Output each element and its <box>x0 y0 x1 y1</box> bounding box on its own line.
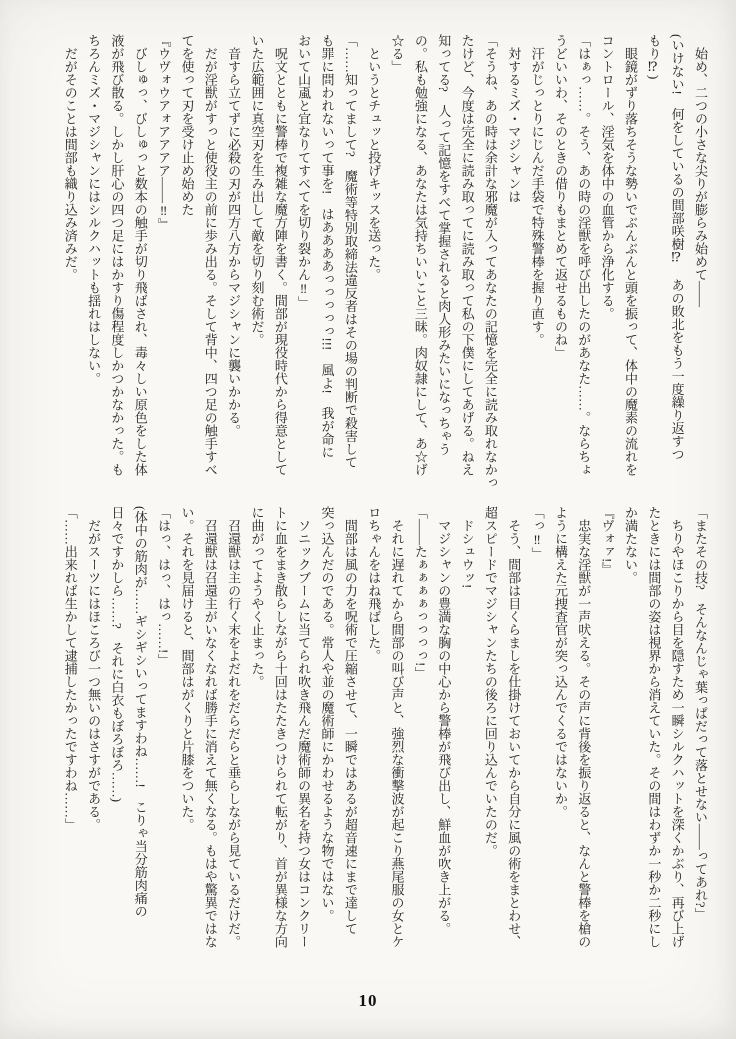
text-block-top: 始め、二つの小さな尖りが膨らみ始めて――(いけない! 何をしているの間部咲樹⁉ … <box>58 34 712 492</box>
text-line: に曲がってようやく止まった。 <box>245 506 268 964</box>
text-line: の。私も勉強になる、あなたは気持ちいいこと三昧。肉奴隷にして、あ☆げ <box>409 34 432 492</box>
text-block-bottom: 「またその技? そんなんじゃ葉っぱだって落とせない――ってあれ?」 ちりやほこり… <box>58 506 712 964</box>
text-line: 『ヴォァ!』 <box>595 506 618 964</box>
text-line: 「……知ってまして? 魔術等特別取締法違反者はその場の判断で殺害して <box>339 34 362 492</box>
text-line: ソニックブームに当てられ吹き飛んだ魔術師の異名を持つ女はコンクリー <box>292 506 315 964</box>
text-line: (体中の筋肉が……ギシギシいってますわね……! こりゃ当分筋肉痛の <box>128 506 151 964</box>
text-line: 「そうね、あの時は余計な邪魔が入ってあなたの記憶を完全に読み取れなかっ <box>479 34 502 492</box>
text-line: てを使って刃を受け止め始めた <box>175 34 198 492</box>
text-line: 間部は風の力を呪術で圧縮させて、一瞬ではあるが超音速にまで達して <box>339 506 362 964</box>
page: 始め、二つの小さな尖りが膨らみ始めて――(いけない! 何をしているの間部咲樹⁉ … <box>0 0 736 1039</box>
text-line: 音すら立てずに必殺の刃が四方八方からマジシャンに襲いかかる。 <box>222 34 245 492</box>
text-line: 眼鏡がずり落ちそうな勢いでぶんぶんと頭を振って、体中の魔素の流れを <box>619 34 642 492</box>
text-line: 「はぁっ……。そう、あの時の淫獣を呼び出したのがあなた……。ならちょ <box>572 34 595 492</box>
text-line: たけど、今度は完全に読み取ってに読み取って私の下僕にしてあげる。ねえ <box>455 34 478 492</box>
text-line: もり⁉) <box>642 34 665 492</box>
text-line: ちろんミズ・マジシャンにはシルクハットも揺れはしない。 <box>82 34 105 492</box>
text-line: びしゅっ、びしゅっと数本の触手が切り飛ばされ、毒々しい原色をした体 <box>128 34 151 492</box>
text-line: 召還獣は主の行く末をよだれをだらだらと垂らしながら見ているだけだ。 <box>222 506 245 964</box>
text-line: 「はっ、はっ、はっ……!」 <box>152 506 175 964</box>
text-line: 「っ‼」 <box>525 506 548 964</box>
text-line: コントロール、淫気を体中の血管から浄化する。 <box>595 34 618 492</box>
text-line: それに遅れてから間部の叫び声と、強烈な衝撃波が起こり燕尾服の女とケ <box>385 506 408 964</box>
text-line: マジシャンの豊満な胸の中心から警棒が飛び出し、鮮血が吹き上がる。 <box>432 506 455 964</box>
text-line: ドシュウッ! <box>455 506 478 964</box>
text-line: 「またその技? そんなんじゃ葉っぱだって落とせない――ってあれ?」 <box>689 506 712 964</box>
text-line: も罪に問われないって事を! はああああっっっっっ!!! 風よ! 我が命に <box>315 34 338 492</box>
text-line: (いけない! 何をしているの間部咲樹⁉ あの敗北をもう一度繰り返すつ <box>665 34 688 492</box>
text-line: 『ウヴォウアォアアアア――‼』 <box>152 34 175 492</box>
text-line: 「……出来れば生かして逮捕したかったですわね……」 <box>58 506 81 964</box>
text-line: たときには間部の姿は視界から消えていた。その間はわずか一秒か二秒にし <box>642 506 665 964</box>
text-line: うどいいわ、そのときの借りもまとめて返せるものね」 <box>549 34 572 492</box>
page-number: 10 <box>0 991 736 1011</box>
text-line: ロちゃんをはね飛ばした。 <box>362 506 385 964</box>
text-line: ように構えた元捜査官が突っ込んでくるではないか。 <box>549 506 572 964</box>
text-line: 「――たぁぁぁぁっっっっ!」 <box>409 506 432 964</box>
text-line: 忠実な淫獣が一声吠える。その声に背後を振り返ると、なんと警棒を槍の <box>572 506 595 964</box>
text-line: おいて山颪と宜なりてすべてを切り裂かん‼」 <box>292 34 315 492</box>
text-line: い。それを見届けると、間部はがくりと片膝をついた。 <box>175 506 198 964</box>
text-line: 召還獣は召還主がいなくなれば勝手に消えて無くなる。もはや驚異ではな <box>198 506 221 964</box>
text-line: ちりやほこりから目を隠すため一瞬シルクハットを深くかぶり、再び上げ <box>665 506 688 964</box>
text-line: 始め、二つの小さな尖りが膨らみ始めて―― <box>689 34 712 492</box>
text-line: そう、間部は目くらましを仕掛けておいてから自分に風の術をまとわせ、 <box>502 506 525 964</box>
text-line: 日々ですかしら……? それに白衣もぼろぼろ……) <box>105 506 128 964</box>
text-line: だがスーツにはほころび一つ無いのはさすがである。 <box>82 506 105 964</box>
text-line: 対するミズ・マジシャンは <box>502 34 525 492</box>
text-line: トに血をまき散らしながら十回はたたきつけられて転がり、首が異様な方向 <box>268 506 291 964</box>
text-line: 突っ込んだのである。常人や並の魔術師にかわせるような物ではない。 <box>315 506 338 964</box>
text-line: だがそのことは間部も織り込み済みだ。 <box>58 34 81 492</box>
text-line: か満たない。 <box>619 506 642 964</box>
text-line: 液が飛び散る。しかし肝心の四つ足にはかすり傷程度しかつかなかった。も <box>105 34 128 492</box>
text-line: 汗がじっとりにじんだ手袋で特殊警棒を握り直す。 <box>525 34 548 492</box>
text-line: 呪文とともに警棒で複雑な魔方陣を書く。間部が現役時代から得意として <box>268 34 291 492</box>
text-line: ☆る」 <box>385 34 408 492</box>
text-line: 超スピードでマジシャンたちの後ろに回り込んでいたのだ。 <box>479 506 502 964</box>
text-line: というとチュッと投げキッスを送った。 <box>362 34 385 492</box>
text-line: 知ってる? 人って記憶をすべて掌握されると肉人形みたいになっちゃう <box>432 34 455 492</box>
text-line: だが淫獣がすっと使役主の前に歩み出る。そして背中、四つ足の触手すべ <box>198 34 221 492</box>
text-line: いた広範囲に真空刃を生み出して敵を切り刻む術だ。 <box>245 34 268 492</box>
